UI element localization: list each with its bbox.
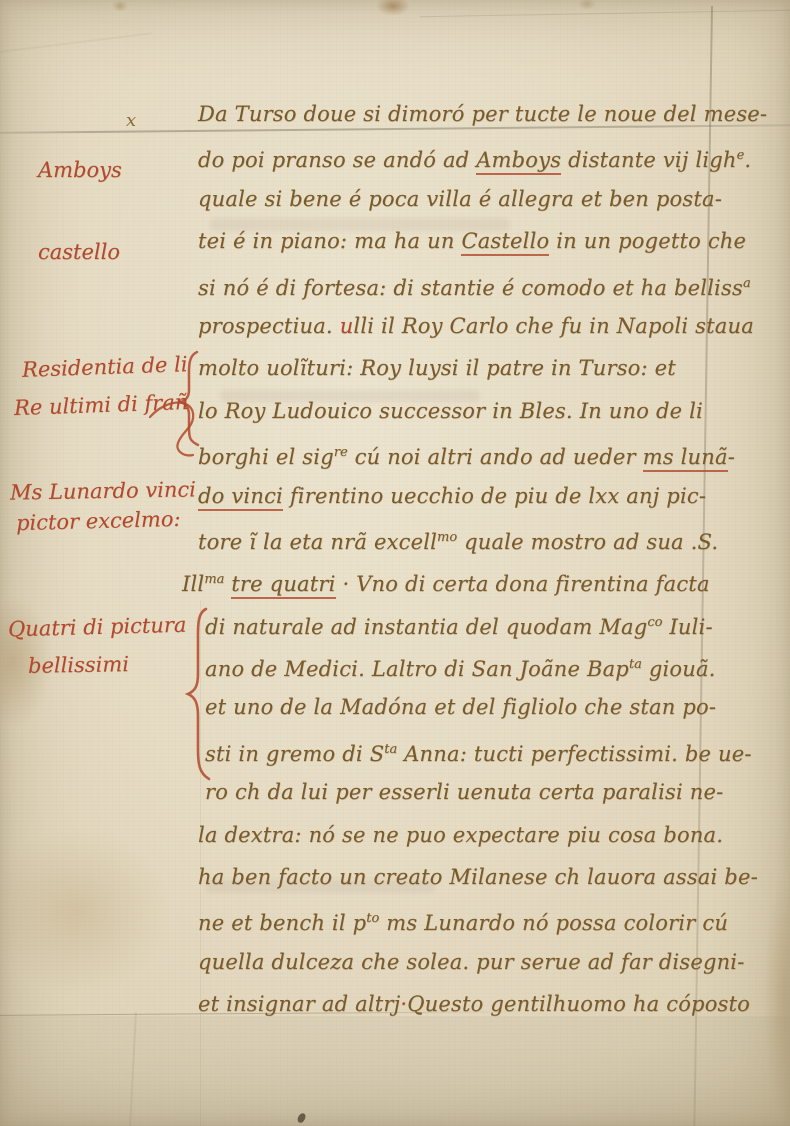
manuscript-text: . (744, 148, 751, 172)
manuscript-page: x Amboys castello Residentia de li Re ul… (0, 0, 790, 1126)
manuscript-text: giouã. (642, 657, 716, 681)
manuscript-text: re (334, 445, 348, 460)
manuscript-line: do poi pranso se andó ad Amboys distante… (198, 135, 743, 177)
manuscript-text: Anna: tucti perfectissimi. be ue- (397, 742, 751, 766)
manuscript-line: ne et bench il pto ms Lunardo nó possa c… (198, 898, 743, 940)
manuscript-line: quella dulceza che solea. pur serue ad f… (198, 941, 743, 983)
manuscript-line: Da Turso doue si dimoró per tucte le nou… (198, 93, 743, 135)
manuscript-text: ta (629, 657, 642, 672)
manuscript-line: tore ĩ la eta nrã excellmo quale mostro … (198, 517, 743, 559)
manuscript-text: Questo gentilhuomo ha cóposto (407, 992, 750, 1016)
margin-note-residentia-line1: Residentia de li (22, 352, 188, 382)
manuscript-text: sti in gremo di S (205, 742, 384, 766)
crease-bottom-left (129, 1012, 137, 1126)
manuscript-text: Iuli- (663, 615, 713, 639)
manuscript-text: ha ben facto un creato Milanese ch lauor… (198, 865, 758, 889)
manuscript-text: quale mostro ad sua .S. (457, 530, 718, 554)
manuscript-text: cú noi altri ando ad ueder (348, 445, 643, 469)
ruled-line-top-right (420, 10, 790, 18)
manuscript-text: mo (437, 530, 457, 545)
manuscript-text-block: Da Turso doue si dimoró per tucte le nou… (198, 93, 743, 1026)
manuscript-text: ro ch da lui per esserli uenuta certa pa… (205, 780, 723, 804)
manuscript-line: et insignar ad altrj·Questo gentilhuomo … (198, 983, 743, 1025)
manuscript-line: di naturale ad instantia del quodam Magc… (205, 602, 743, 644)
manuscript-line: quale si bene é poca villa é allegra et … (198, 178, 743, 220)
manuscript-text: di naturale ad instantia del quodam Mag (205, 615, 647, 639)
stain-top-center (376, 0, 410, 16)
margin-note-quatri-line2: bellissimi (28, 652, 129, 678)
manuscript-text: quale si bene é poca villa é allegra et … (198, 187, 722, 211)
manuscript-text: tei é in piano: ma ha un (198, 229, 461, 253)
manuscript-text: molto uolĩturi: Roy luysi il patre in Tu… (198, 356, 676, 380)
ink-speck (297, 1112, 307, 1124)
manuscript-text: - (728, 445, 735, 469)
manuscript-text: la dextra: nó se ne puo expectare piu co… (198, 823, 723, 847)
manuscript-text: si nó é di fortesa: di stantie é comodo … (198, 276, 743, 300)
manuscript-text: Da Turso doue si dimoró per tucte le nou… (198, 102, 767, 126)
manuscript-line: et uno de la Madóna et del figliolo che … (205, 686, 743, 728)
margin-note-residentia-line2: Re ultimi di frañ (14, 390, 189, 420)
manuscript-text: ano de Medici. Laltro di San Joãne Bap (205, 657, 629, 681)
manuscript-line: ha ben facto un creato Milanese ch lauor… (198, 856, 743, 898)
manuscript-text: lo Roy Ludouico successor in Bles. In un… (198, 399, 703, 423)
manuscript-line: la dextra: nó se ne puo expectare piu co… (198, 814, 743, 856)
manuscript-text: in un pogetto che (549, 229, 746, 253)
manuscript-text: ta (384, 742, 397, 757)
bottom-edge-shading (0, 1016, 790, 1126)
margin-note-amboys: Amboys (38, 158, 122, 182)
manuscript-text: to (366, 911, 379, 926)
manuscript-text: quella dulceza che solea. pur serue ad f… (198, 950, 745, 974)
manuscript-line: Illma tre quatri · Vno di certa dona fir… (182, 559, 743, 601)
manuscript-line: tei é in piano: ma ha un Castello in un … (198, 220, 743, 262)
manuscript-text: lli il Roy Carlo che fu in Napoli staua (353, 314, 754, 338)
manuscript-text: distante vij ligh (561, 148, 736, 172)
manuscript-line: si nó é di fortesa: di stantie é comodo … (198, 263, 743, 305)
manuscript-text: do poi pranso se andó ad (198, 148, 476, 172)
manuscript-line: lo Roy Ludouico successor in Bles. In un… (198, 390, 743, 432)
margin-note-quatri-line1: Quatri di pictura (8, 613, 187, 642)
manuscript-text: ma (204, 572, 224, 587)
manuscript-text: Ill (182, 572, 204, 596)
margin-note-castello: castello (38, 240, 120, 264)
rubric-underlined-text: ms lunã (643, 445, 728, 472)
stain-top-left (112, 0, 128, 12)
crease-top-left (0, 32, 152, 53)
manuscript-text: · Vno di certa dona firentina facta (336, 572, 710, 596)
stain-bottom-left (0, 826, 172, 996)
stain-top-right (578, 0, 596, 10)
manuscript-line: ro ch da lui per esserli uenuta certa pa… (205, 771, 743, 813)
manuscript-text: et uno de la Madóna et del figliolo che … (205, 695, 716, 719)
stain-right-edge (764, 880, 790, 1120)
manuscript-text: a (743, 276, 751, 291)
manuscript-line: sti in gremo di Sta Anna: tucti perfecti… (205, 729, 743, 771)
manuscript-line: prospectiua. ulli il Roy Carlo che fu in… (198, 305, 743, 347)
manuscript-line: borghi el sigre cú noi altri ando ad ued… (198, 432, 743, 474)
manuscript-text: u (340, 314, 354, 338)
manuscript-text: ne et bench il p (198, 911, 366, 935)
manuscript-text: tore ĩ la eta nrã excell (198, 530, 437, 554)
manuscript-text: firentino uecchio de piu de lxx anj pic- (283, 484, 706, 508)
margin-note-lunardo-line1: Ms Lunardo vinci (10, 477, 196, 504)
manuscript-line: molto uolĩturi: Roy luysi il patre in Tu… (198, 347, 743, 389)
manuscript-text: et insignar ad altrj (198, 992, 400, 1016)
manuscript-text: ms Lunardo nó possa colorir cú (379, 911, 728, 935)
manuscript-text: co (647, 615, 662, 630)
rubric-underlined-text: do vinci (198, 484, 283, 511)
manuscript-text: prospectiua. (198, 314, 340, 338)
rubric-underlined-text: tre quatri (231, 572, 335, 599)
manuscript-text: borghi el sig (198, 445, 334, 469)
manuscript-line: ano de Medici. Laltro di San Joãne Bapta… (205, 644, 743, 686)
manuscript-line: do vinci firentino uecchio de piu de lxx… (198, 475, 743, 517)
margin-note-lunardo-line2: pictor excelmo: (16, 507, 181, 535)
rubric-underlined-text: Castello (461, 229, 549, 256)
collation-mark: x (126, 110, 136, 131)
rubric-underlined-text: Amboys (476, 148, 561, 175)
